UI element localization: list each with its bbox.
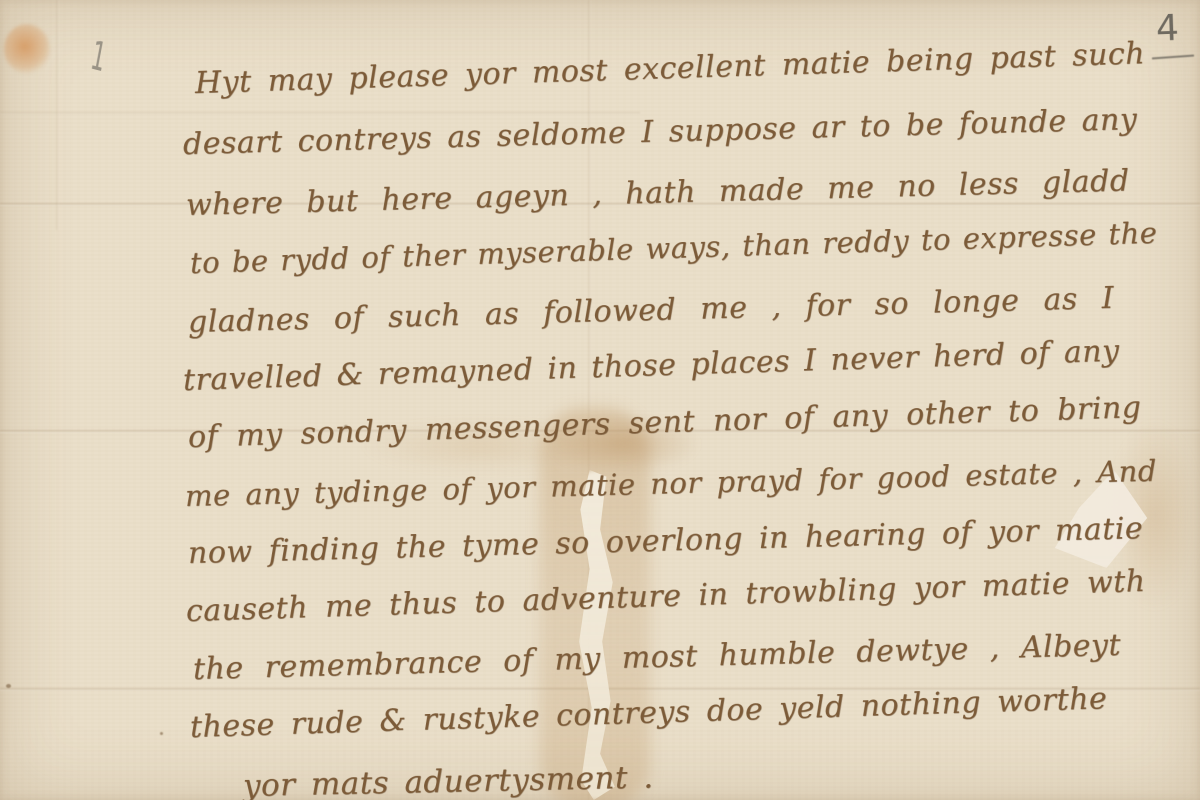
manuscript-photo: 1 4 Hyt may please yor most excellent ma… [0,0,1200,800]
ink-speck [6,684,11,688]
folio-number: 4 [1155,8,1179,50]
ink-speck [160,732,163,735]
